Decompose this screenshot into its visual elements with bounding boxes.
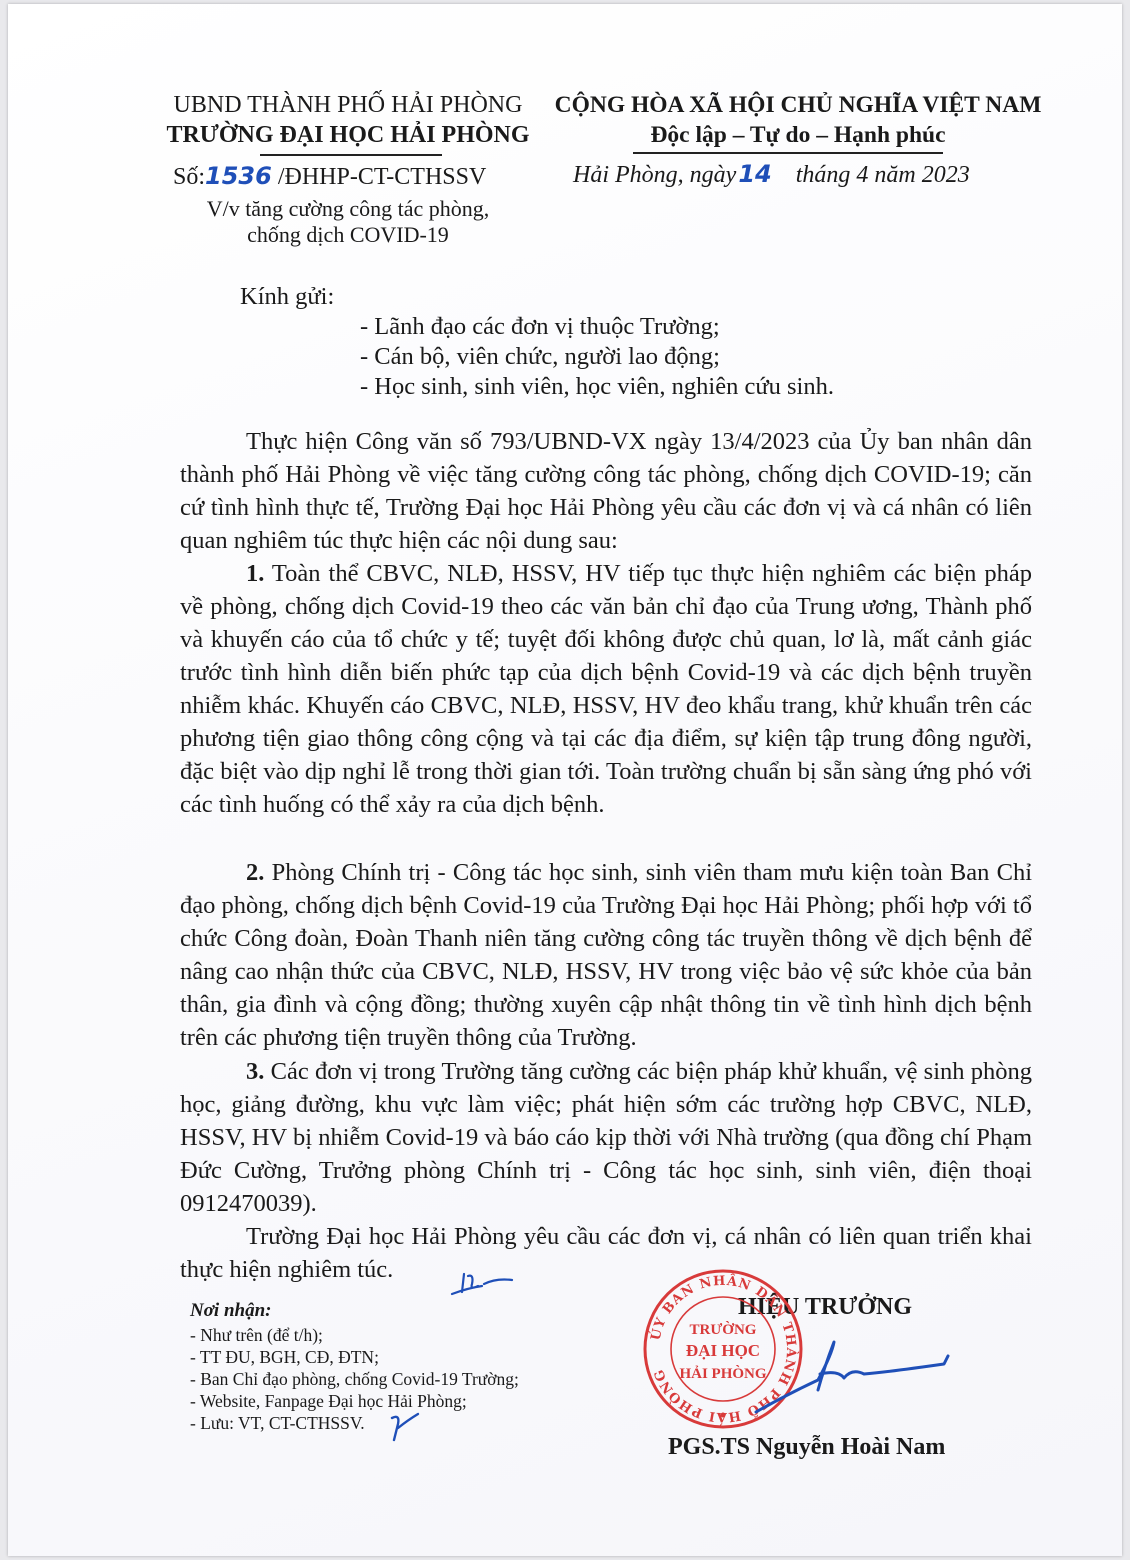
recipient-item: - Lãnh đạo các đơn vị thuộc Trường; bbox=[360, 310, 720, 343]
distribution-item: - TT ĐU, BGH, CĐ, ĐTN; bbox=[190, 1346, 379, 1368]
issuing-authority: UBND THÀNH PHỐ HẢI PHÒNG bbox=[158, 92, 538, 119]
issue-date: Hải Phòng, ngày14tháng 4 năm 2023 bbox=[573, 160, 970, 189]
motto-underline bbox=[633, 152, 943, 154]
recipient-item: - Học sinh, sinh viên, học viên, nghiên … bbox=[360, 370, 834, 403]
svg-text:TRƯỜNG: TRƯỜNG bbox=[690, 1321, 757, 1338]
distribution-item: - Lưu: VT, CT-CTHSSV. bbox=[190, 1412, 365, 1434]
subject-line-2: chống dịch COVID-19 bbox=[158, 222, 538, 248]
intro-paragraph: Thực hiện Công văn số 793/UBND-VX ngày 1… bbox=[180, 425, 1032, 557]
item-2-paragraph: 2. Phòng Chính trị - Công tác học sinh, … bbox=[180, 856, 1032, 1054]
item-1-paragraph: 1. Toàn thể CBVC, NLĐ, HSSV, HV tiếp tục… bbox=[180, 557, 1032, 821]
item-number: 1. bbox=[246, 560, 264, 587]
item-text: Toàn thể CBVC, NLĐ, HSSV, HV tiếp tục th… bbox=[180, 560, 1032, 818]
signatory-name: PGS.TS Nguyễn Hoài Nam bbox=[668, 1434, 945, 1461]
number-handwritten: 1536 bbox=[205, 162, 272, 190]
subject-line-1: V/v tăng cường công tác phòng, bbox=[158, 196, 538, 222]
date-prefix: Hải Phòng, ngày bbox=[573, 162, 736, 188]
institution-name: TRƯỜNG ĐẠI HỌC HẢI PHÒNG bbox=[158, 122, 538, 149]
date-suffix: tháng 4 năm 2023 bbox=[796, 162, 970, 188]
distribution-label: Nơi nhận: bbox=[190, 1300, 271, 1322]
recipient-item: - Cán bộ, viên chức, người lao động; bbox=[360, 340, 720, 373]
document-number: Số:1536 /ĐHHP-CT-CTHSSV bbox=[173, 162, 486, 191]
initials-scribble-icon bbox=[448, 1266, 518, 1302]
number-suffix: /ĐHHP-CT-CTHSSV bbox=[278, 164, 487, 190]
item-text: Phòng Chính trị - Công tác học sinh, sin… bbox=[180, 859, 1032, 1051]
handwritten-signature-icon bbox=[748, 1334, 968, 1424]
item-number: 2. bbox=[246, 859, 264, 886]
intro-text: Thực hiện Công văn số 793/UBND-VX ngày 1… bbox=[180, 428, 1032, 554]
distribution-item: - Ban Chỉ đạo phòng, chống Covid-19 Trườ… bbox=[190, 1368, 519, 1390]
date-day-handwritten: 14 bbox=[738, 160, 771, 188]
recipients-label: Kính gửi: bbox=[240, 280, 334, 313]
item-text: Các đơn vị trong Trường tăng cường các b… bbox=[180, 1058, 1032, 1217]
document-page: UBND THÀNH PHỐ HẢI PHÒNG TRƯỜNG ĐẠI HỌC … bbox=[8, 4, 1122, 1556]
closing-paragraph: Trường Đại học Hải Phòng yêu cầu các đơn… bbox=[180, 1220, 1032, 1286]
national-motto: Độc lập – Tự do – Hạnh phúc bbox=[548, 122, 1048, 149]
closing-text: Trường Đại học Hải Phòng yêu cầu các đơn… bbox=[180, 1223, 1032, 1283]
number-prefix: Số: bbox=[173, 164, 205, 190]
distribution-item: - Website, Fanpage Đại học Hải Phòng; bbox=[190, 1390, 467, 1412]
item-number: 3. bbox=[246, 1058, 264, 1085]
country-name: CỘNG HÒA XÃ HỘI CHỦ NGHĨA VIỆT NAM bbox=[548, 92, 1048, 119]
item-3-paragraph: 3. Các đơn vị trong Trường tăng cường cá… bbox=[180, 1055, 1032, 1220]
distribution-item: - Như trên (để t/h); bbox=[190, 1324, 323, 1346]
initials-mark-icon bbox=[388, 1410, 422, 1446]
institution-underline bbox=[260, 154, 442, 156]
